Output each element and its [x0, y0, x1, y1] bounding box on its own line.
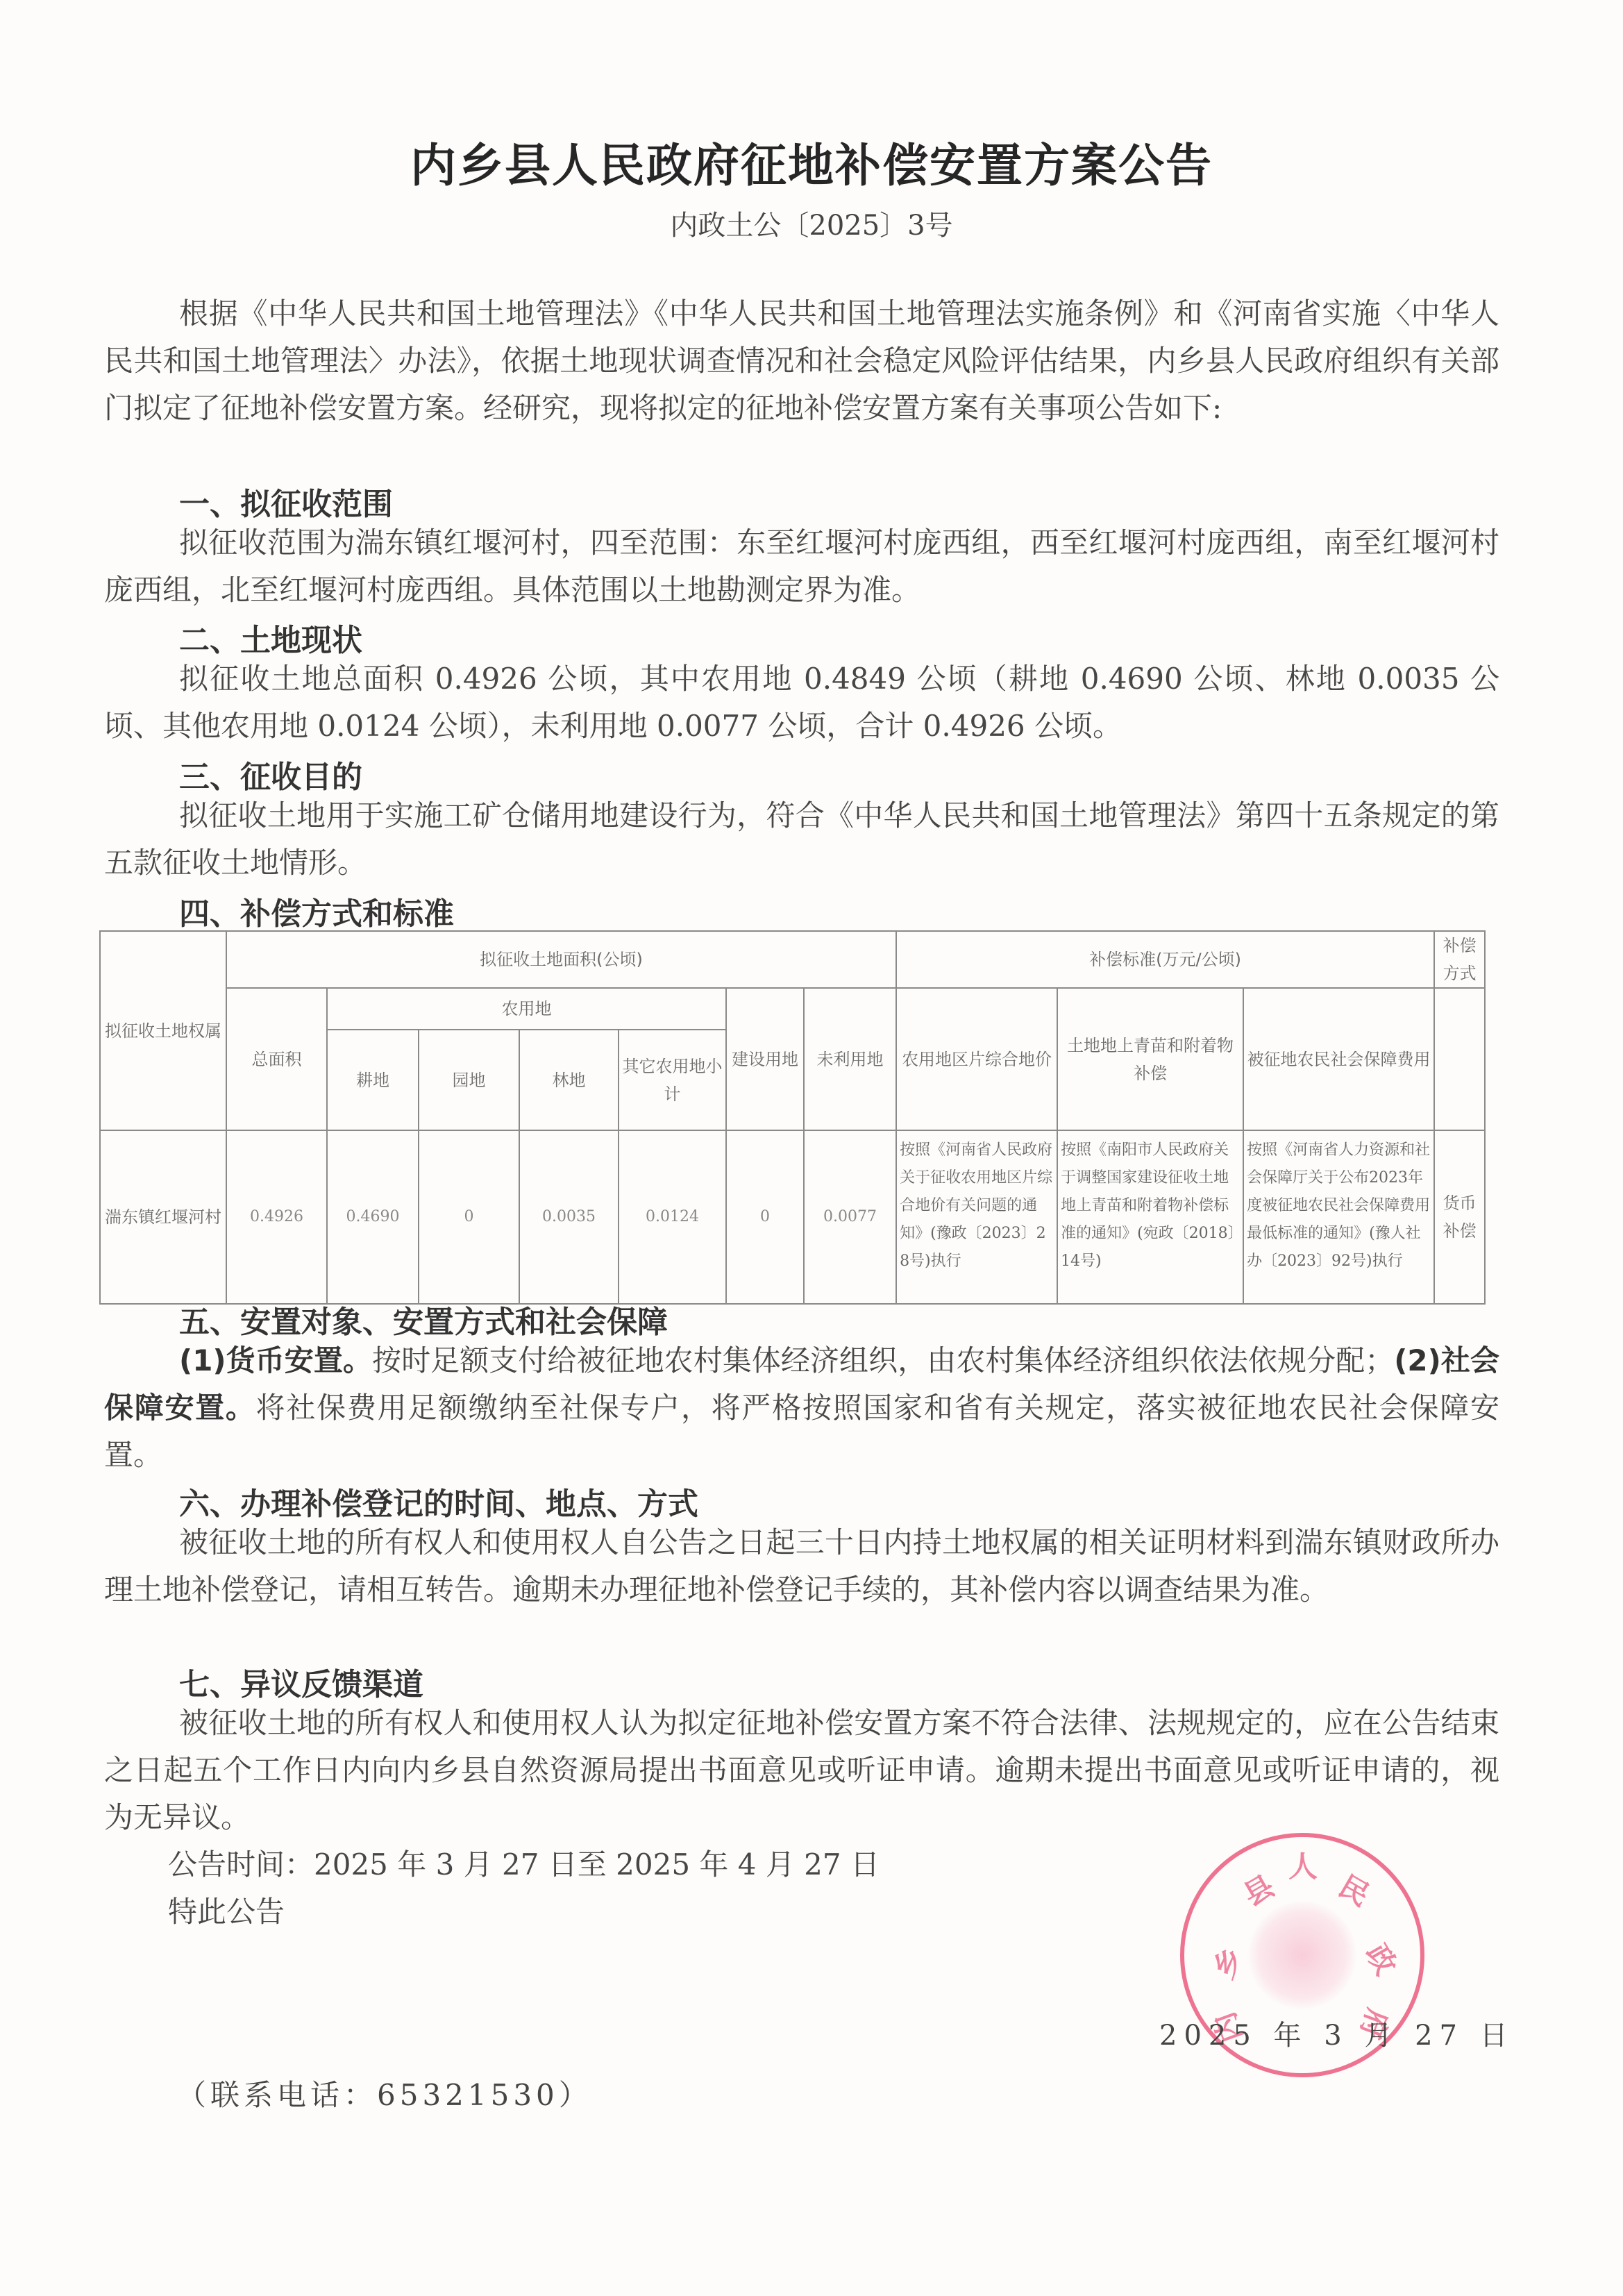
closing-text: 特此公告	[168, 1888, 585, 1936]
section-5-text: (1)货币安置。按时足额支付给被征地农村集体经济组织，由农村集体经济组织依法依规…	[104, 1337, 1499, 1479]
document-number: 内政土公〔2025〕3号	[0, 203, 1623, 243]
section-5-heading: 五、安置对象、安置方式和社会保障	[179, 1297, 668, 1341]
intro-paragraph: 根据《中华人民共和国土地管理法》《中华人民共和国土地管理法实施条例》和《河南省实…	[104, 290, 1499, 432]
compensation-table: 拟征收土地权属 拟征收土地面积(公顷) 补偿标准(万元/公顷) 补偿方式 总面积…	[99, 930, 1486, 1305]
cell-other-agri: 0.0124	[619, 1130, 726, 1304]
header-other-agri: 其它农用地小计	[619, 1030, 726, 1130]
cell-social-security: 按照《河南省人力资源和社会保障厅关于公布2023年度被征地农民社会保障费用最低标…	[1243, 1130, 1434, 1304]
seal-emblem-icon	[1247, 1900, 1358, 2011]
header-land-price: 农用地区片综合地价	[896, 988, 1057, 1130]
item-1-label: (1)货币安置。	[179, 1343, 372, 1377]
cell-crops: 按照《南阳市人民政府关于调整国家建设征收土地地上青苗和附着物补偿标准的通知》(宛…	[1057, 1130, 1243, 1304]
seal-char: 人	[1288, 1844, 1318, 1886]
item-1-text: 按时足额支付给被征地农村集体经济组织，由农村集体经济组织依法依规分配；	[372, 1343, 1394, 1377]
header-method: 补偿方式	[1434, 931, 1485, 988]
header-standard-group: 补偿标准(万元/公顷)	[896, 931, 1434, 988]
section-1-heading: 一、拟征收范围	[179, 479, 393, 523]
section-7-text: 被征收土地的所有权人和使用权人认为拟定征地补偿安置方案不符合法律、法规规定的，应…	[104, 1700, 1499, 1841]
section-2-text: 拟征收土地总面积 0.4926 公顷，其中农用地 0.4849 公顷（耕地 0.…	[104, 655, 1499, 750]
cell-method: 货币补偿	[1434, 1130, 1485, 1304]
contact-phone: （联系电话：65321530）	[177, 2072, 592, 2114]
header-agri-group: 农用地	[327, 988, 726, 1030]
header-forest: 林地	[519, 1030, 619, 1130]
cell-garden: 0	[419, 1130, 519, 1304]
section-2-heading: 二、土地现状	[179, 615, 362, 660]
seal-char: 政	[1358, 1936, 1408, 1981]
header-unused: 未利用地	[804, 988, 896, 1130]
table-row: 湍东镇红堰河村 0.4926 0.4690 0 0.0035 0.0124 0 …	[100, 1130, 1485, 1304]
section-4-heading: 四、补偿方式和标准	[179, 889, 454, 933]
header-construction: 建设用地	[726, 988, 804, 1130]
item-2-text: 将社保费用足额缴纳至社保专户，将严格按照国家和省有关规定，落实被征地农民社会保障…	[104, 1391, 1499, 1472]
header-total: 总面积	[226, 988, 327, 1130]
cell-land-price: 按照《河南省人民政府关于征收农用地区片综合地价有关问题的通知》(豫政〔2023〕…	[896, 1130, 1057, 1304]
section-6-text: 被征收土地的所有权人和使用权人自公告之日起三十日内持土地权属的相关证明材料到湍东…	[104, 1519, 1499, 1614]
header-ownership: 拟征收土地权属	[100, 931, 226, 1130]
sign-date: 2025 年 3 月 27 日	[1159, 2013, 1515, 2053]
cell-cultivated: 0.4690	[327, 1130, 419, 1304]
header-garden: 园地	[419, 1030, 519, 1130]
section-6-heading: 六、办理补偿登记的时间、地点、方式	[179, 1479, 698, 1523]
section-3-text: 拟征收土地用于实施工矿仓储用地建设行为，符合《中华人民共和国土地管理法》第四十五…	[104, 792, 1499, 887]
seal-char: 乡	[1202, 1939, 1252, 1985]
section-7-heading: 七、异议反馈渠道	[179, 1659, 423, 1704]
cell-construction: 0	[726, 1130, 804, 1304]
header-crops: 土地地上青苗和附着物补偿	[1057, 988, 1243, 1130]
seal-char: 民	[1332, 1864, 1378, 1915]
page-title: 内乡县人民政府征地补偿安置方案公告	[0, 128, 1623, 194]
cell-ownership: 湍东镇红堰河村	[100, 1130, 226, 1304]
header-cultivated: 耕地	[327, 1030, 419, 1130]
header-method-empty	[1434, 988, 1485, 1130]
cell-forest: 0.0035	[519, 1130, 619, 1304]
section-3-heading: 三、征收目的	[179, 752, 362, 796]
header-social-security: 被征地农民社会保障费用	[1243, 988, 1434, 1130]
notice-period: 公告时间：2025 年 3 月 27 日至 2025 年 4 月 27 日	[168, 1841, 1140, 1888]
header-area-group: 拟征收土地面积(公顷)	[226, 931, 896, 988]
cell-total: 0.4926	[226, 1130, 327, 1304]
cell-unused: 0.0077	[804, 1130, 896, 1304]
section-1-text: 拟征收范围为湍东镇红堰河村，四至范围：东至红堰河村庞西组，西至红堰河村庞西组，南…	[104, 519, 1499, 614]
